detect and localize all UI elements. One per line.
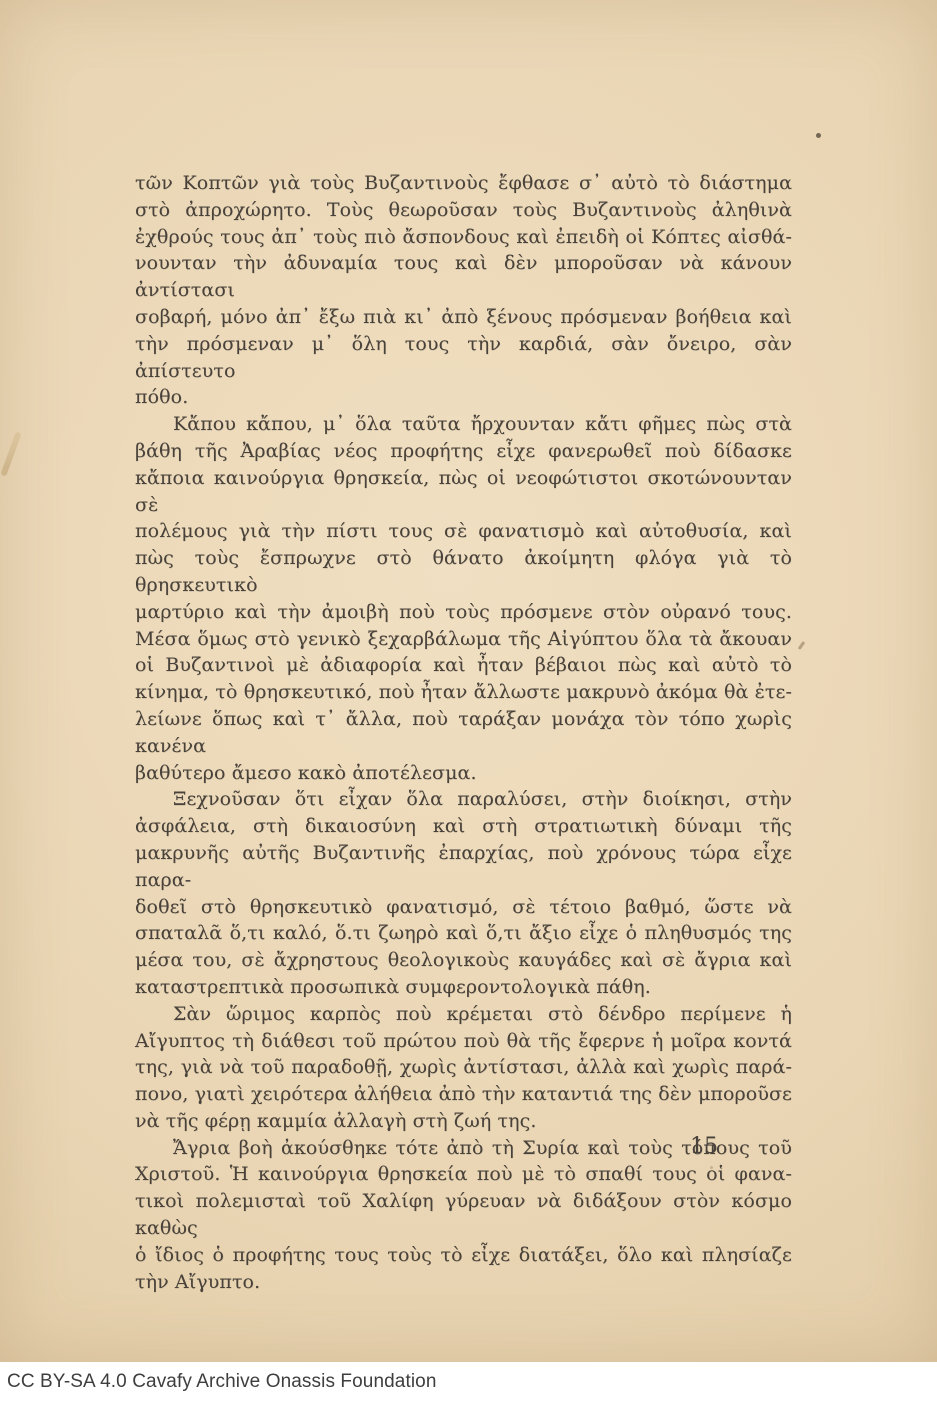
license-text: CC BY-SA 4.0 Cavafy Archive Onassis Foun…	[0, 1362, 937, 1402]
text-line: ὁ ἴδιος ὁ προφήτης τους τοὺς τὸ εἶχε δια…	[135, 1242, 792, 1269]
text-line: Μέσα ὅμως στὸ γενικὸ ξεχαρβάλωμα τῆς Αἰγ…	[135, 626, 792, 653]
text-line: κἄποια καινούργια θρησκεία, πὼς οἱ νεοφώ…	[135, 465, 792, 519]
page-number: 15	[684, 1134, 724, 1159]
text-line: βάθη τῆς Ἀραβίας νέος προφήτης εἶχε φανε…	[135, 438, 792, 465]
scanned-book-page: τῶν Κοπτῶν γιὰ τοὺς Βυζαντινοὺς ἔφθασε σ…	[0, 0, 937, 1405]
text-line: τῶν Κοπτῶν γιὰ τοὺς Βυζαντινοὺς ἔφθασε σ…	[135, 170, 792, 197]
text-line: μακρυνῆς αὐτῆς Βυζαντινῆς ἐπαρχίας, ποὺ …	[135, 840, 792, 894]
text-line: νὰ τῆς φέρῃ καμμία ἀλλαγὴ στὴ ζωή της.	[135, 1108, 792, 1135]
text-line: Αἴγυπτος τὴ διάθεσι τοῦ πρώτου ποὺ θὰ τῆ…	[135, 1028, 792, 1055]
text-line: Κἄπου κἄπου, μ᾽ ὅλα ταῦτα ἤρχουνταν κἄτι…	[135, 411, 792, 438]
text-line: ἀσφάλεια, στὴ δικαιοσύνη καὶ στὴ στρατιω…	[135, 813, 792, 840]
body-text-block: τῶν Κοπτῶν γιὰ τοὺς Βυζαντινοὺς ἔφθασε σ…	[135, 170, 792, 1295]
text-line: στὸ ἀπροχώρητο. Τοὺς θεωροῦσαν τοὺς Βυζα…	[135, 197, 792, 224]
text-line: Χριστοῦ. Ἡ καινούργια θρησκεία ποὺ μὲ τὸ…	[135, 1161, 792, 1188]
text-line: τὴν πρόσμεναν μ᾽ ὅλη τους τὴν καρδιά, σὰ…	[135, 331, 792, 385]
text-line: μαρτύριο καὶ τὴν ἀμοιβὴ ποὺ τοὺς πρόσμεν…	[135, 599, 792, 626]
text-line: πὼς τοὺς ἔσπρωχνε στὸ θάνατο ἀκοίμητη φλ…	[135, 545, 792, 599]
text-line: της, γιὰ νὰ τοῦ παραδοθῇ, χωρὶς ἀντίστασ…	[135, 1054, 792, 1081]
text-line: πόθο.	[135, 384, 792, 411]
text-line: μέσα του, σὲ ἄχρηστους θεολογικοὺς καυγά…	[135, 947, 792, 974]
text-line: κίνημα, τὸ θρησκευτικό, ποὺ ἦταν ἄλλωστε…	[135, 679, 792, 706]
license-footer-bar: CC BY-SA 4.0 Cavafy Archive Onassis Foun…	[0, 1362, 937, 1405]
text-line: νουνταν τὴν ἀδυναμία τους καὶ δὲν μποροῦ…	[135, 250, 792, 304]
text-line: καταστρεπτικὰ προσωπικὰ συμφεροντολογικὰ…	[135, 974, 792, 1001]
text-line: τικοὶ πολεμισταὶ τοῦ Χαλίφη γύρευαν νὰ δ…	[135, 1188, 792, 1242]
paper-speck	[798, 641, 806, 650]
text-line: σπαταλᾶ ὅ,τι καλό, ὅ.τι ζωηρὸ καὶ ὅ,τι ἄ…	[135, 920, 792, 947]
text-line: τὴν Αἴγυπτο.	[135, 1269, 792, 1296]
text-line: Ξεχνοῦσαν ὅτι εἶχαν ὅλα παραλύσει, στὴν …	[135, 786, 792, 813]
text-line: πολέμους γιὰ τὴν πίστι τους σὲ φανατισμὸ…	[135, 518, 792, 545]
text-line: πονο, γιατὶ χειρότερα ἀλήθεια ἀπὸ τὴν κα…	[135, 1081, 792, 1108]
text-line: Σὰν ὥριμος καρπὸς ποὺ κρέμεται στὸ δένδρ…	[135, 1001, 792, 1028]
text-line: ἐχθρούς τους ἀπ᾽ τοὺς πιὸ ἄσπονδους καὶ …	[135, 224, 792, 251]
paper-speck	[816, 133, 821, 138]
paper-scratch-mark	[0, 431, 21, 476]
text-line: δοθεῖ στὸ θρησκευτικὸ φανατισμό, σὲ τέτο…	[135, 894, 792, 921]
text-line: οἱ Βυζαντινοὶ μὲ ἀδιαφορία καὶ ἦταν βέβα…	[135, 652, 792, 679]
paper-background: τῶν Κοπτῶν γιὰ τοὺς Βυζαντινοὺς ἔφθασε σ…	[0, 0, 937, 1362]
text-line: λείωνε ὅπως καὶ τ᾽ ἄλλα, ποὺ ταράξαν μον…	[135, 706, 792, 760]
text-line: βαθύτερο ἄμεσο κακὸ ἀποτέλεσμα.	[135, 760, 792, 787]
text-line: σοβαρή, μόνο ἀπ᾽ ἔξω πιὰ κι᾽ ἀπὸ ξένους …	[135, 304, 792, 331]
